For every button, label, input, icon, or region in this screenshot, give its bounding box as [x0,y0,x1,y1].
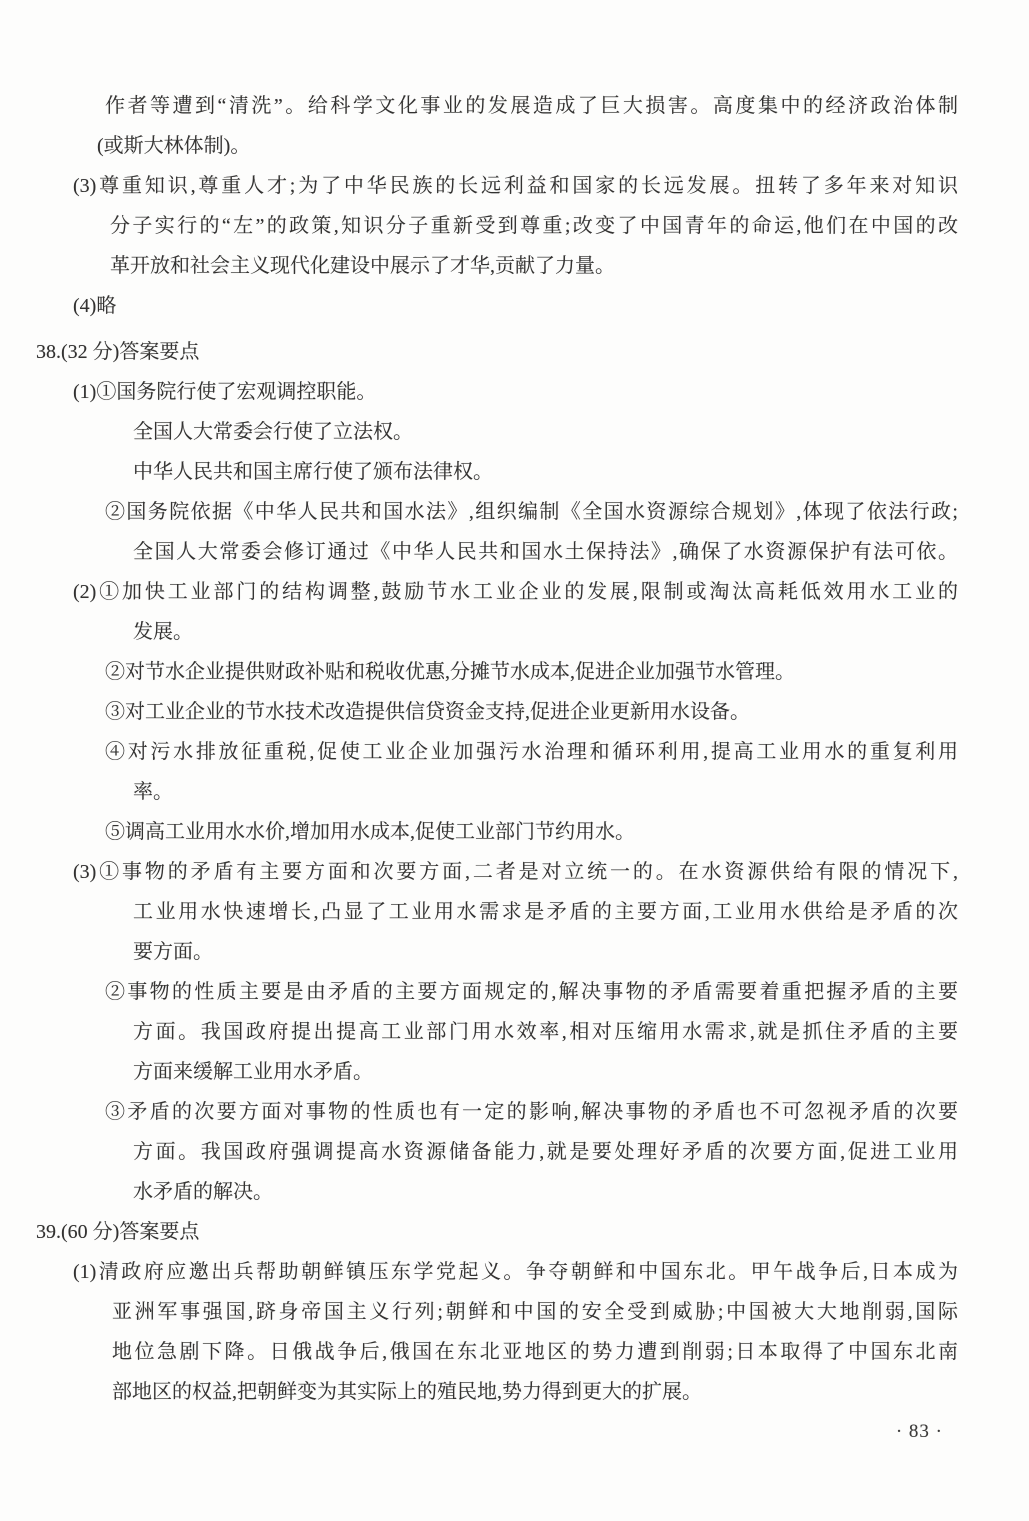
q38-answer-line: ⑤调高工业用水水价,增加用水成本,促使工业部门节约用水。 [105,812,1029,852]
scanned-answer-page: 作者等遭到“清洗”。给科学文化事业的发展造成了巨大损害。高度集中的经济政治体制 … [0,0,1029,1521]
q38-answer-line: ③对工业企业的节水技术改造提供信贷资金支持,促进企业更新用水设备。 [105,692,1029,732]
q38-answer-line: 方面。我国政府提出提高工业部门用水效率,相对压缩用水需求,就是抓住矛盾的主要 [133,1012,958,1052]
q38-answer-line: ②对节水企业提供财政补贴和税收优惠,分摊节水成本,促进企业加强节水管理。 [105,652,1029,692]
q38-answer-line: 工业用水快速增长,凸显了工业用水需求是矛盾的主要方面,工业用水供给是矛盾的次 [133,892,958,932]
q38-heading: 38.(32 分)答案要点 [36,332,1029,372]
q38-answer-line: 全国人大常委会修订通过《中华人民共和国水土保持法》,确保了水资源保护有法可依。 [133,532,958,572]
q38-answer-line: (1)①国务院行使了宏观调控职能。 [73,372,1029,412]
q38-answer-line: ②国务院依据《中华人民共和国水法》,组织编制《全国水资源综合规划》,体现了依法行… [105,492,958,532]
q38-answer-line: ③矛盾的次要方面对事物的性质也有一定的影响,解决事物的矛盾也不可忽视矛盾的次要 [105,1092,958,1132]
q39-answer-line: 部地区的权益,把朝鲜变为其实际上的殖民地,势力得到更大的扩展。 [112,1372,1029,1412]
q37-answer-line: (3)尊重知识,尊重人才;为了中华民族的长远利益和国家的长远发展。扭转了多年来对… [73,166,958,206]
q38-answer-line: ②事物的性质主要是由矛盾的主要方面规定的,解决事物的矛盾需要着重把握矛盾的主要 [105,972,958,1012]
q38-answer-line: (3)①事物的矛盾有主要方面和次要方面,二者是对立统一的。在水资源供给有限的情况… [73,852,958,892]
q37-answer-line: 作者等遭到“清洗”。给科学文化事业的发展造成了巨大损害。高度集中的经济政治体制 [105,86,958,126]
q39-answer-line: (1)清政府应邀出兵帮助朝鲜镇压东学党起义。争夺朝鲜和中国东北。甲午战争后,日本… [73,1252,958,1292]
q37-answer-line: 革开放和社会主义现代化建设中展示了才华,贡献了力量。 [110,246,1029,286]
q38-answer-line: 发展。 [133,612,1029,652]
q39-answer-line: 地位急剧下降。日俄战争后,俄国在东北亚地区的势力遭到削弱;日本取得了中国东北南 [112,1332,958,1372]
q37-answer-line: (4)略 [73,286,1029,326]
q37-answer-line: (或斯大林体制)。 [97,126,1029,166]
q37-answer-line: 分子实行的“左”的政策,知识分子重新受到尊重;改变了中国青年的命运,他们在中国的… [110,206,958,246]
q38-answer-line: 率。 [133,772,1029,812]
q38-answer-line: 要方面。 [133,932,1029,972]
q39-heading: 39.(60 分)答案要点 [36,1212,1029,1252]
q39-answer-line: 亚洲军事强国,跻身帝国主义行列;朝鲜和中国的安全受到威胁;中国被大大地削弱,国际 [112,1292,958,1332]
q38-answer-line: 全国人大常委会行使了立法权。 [133,412,1029,452]
q38-answer-line: 水矛盾的解决。 [133,1172,1029,1212]
q38-answer-line: ④对污水排放征重税,促使工业企业加强污水治理和循环利用,提高工业用水的重复利用 [105,732,958,772]
q38-answer-line: 方面来缓解工业用水矛盾。 [133,1052,1029,1092]
q38-answer-line: 中华人民共和国主席行使了颁布法律权。 [133,452,1029,492]
page-number: · 83 · [0,1412,1029,1452]
q38-answer-line: (2)①加快工业部门的结构调整,鼓励节水工业企业的发展,限制或淘汰高耗低效用水工… [73,572,958,612]
q38-answer-line: 方面。我国政府强调提高水资源储备能力,就是要处理好矛盾的次要方面,促进工业用 [133,1132,958,1172]
